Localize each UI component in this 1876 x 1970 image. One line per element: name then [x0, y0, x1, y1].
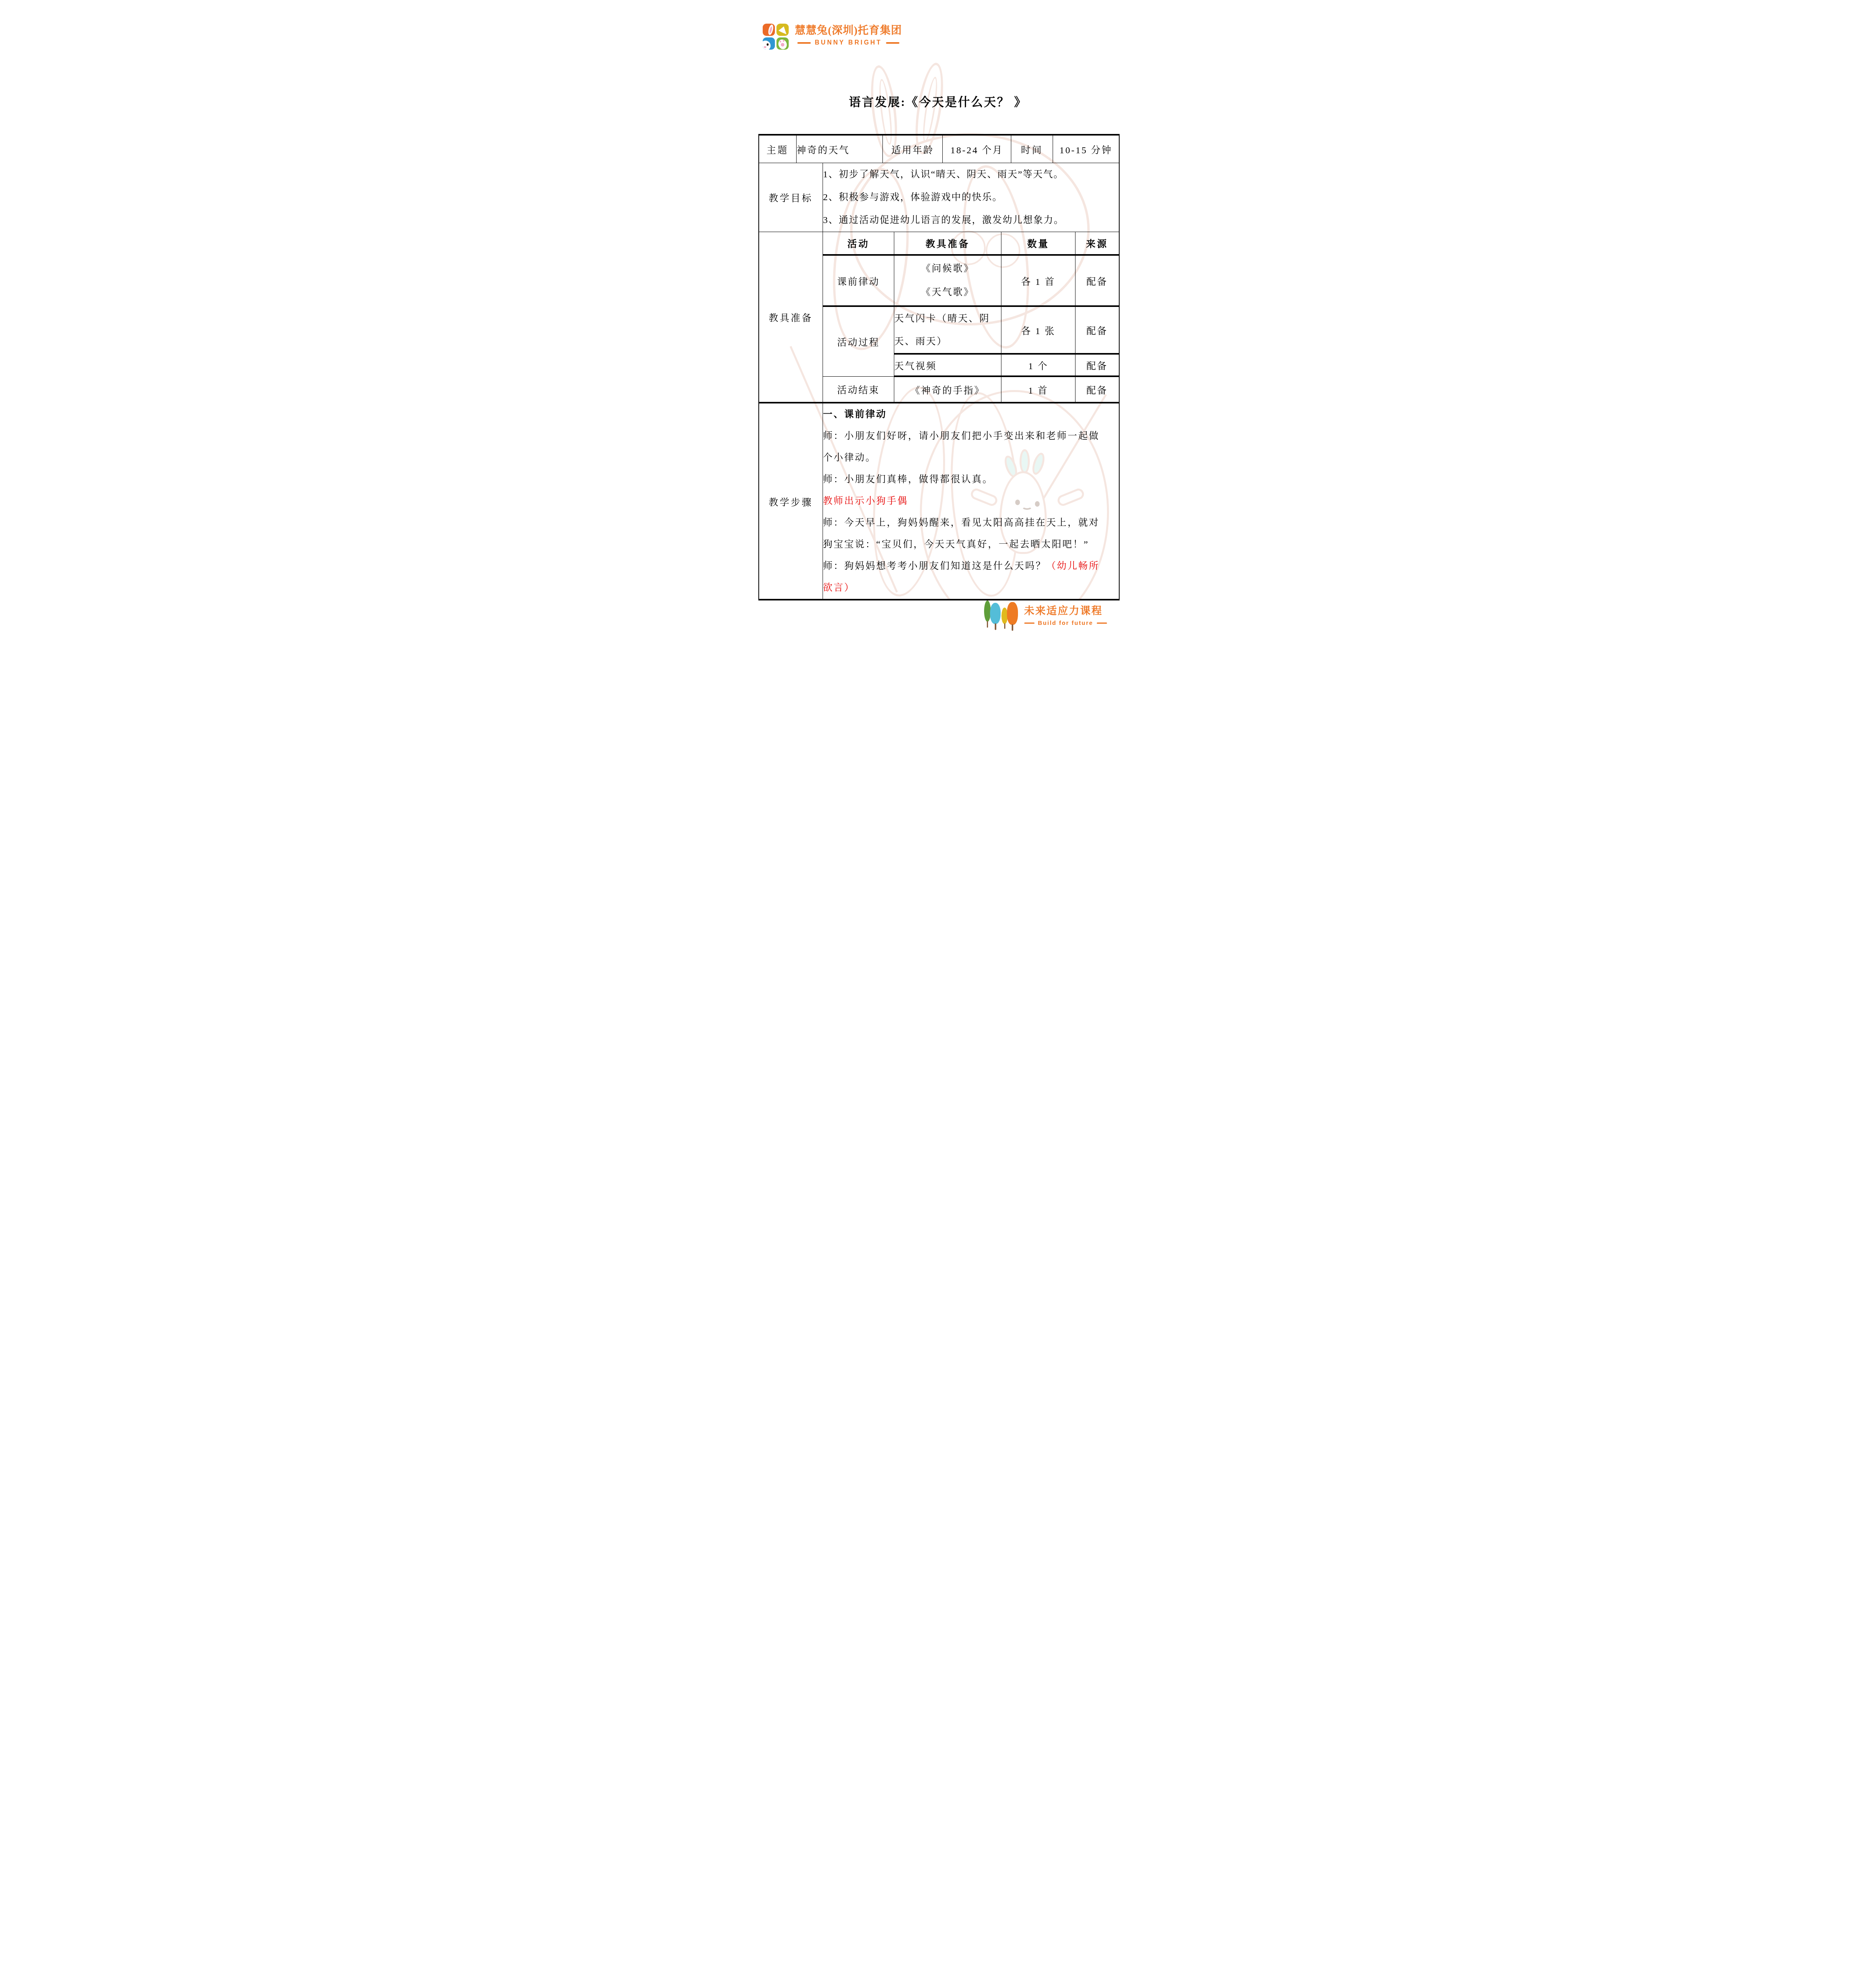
logo-tile-orange-ear-icon [763, 24, 775, 36]
tree-trunk-icon [1012, 624, 1013, 631]
steps-text-line: 狗宝宝说：“宝贝们，今天天气真好，一起去晒太阳吧！” [823, 534, 1119, 556]
theme-value: 神奇的天气 [797, 135, 883, 163]
age-label: 适用年龄 [883, 135, 943, 163]
footer-name-en: Build for future [1038, 620, 1093, 626]
brand-name-cn: 慧慧兔(深圳)托育集团 [795, 24, 902, 37]
age-value: 18-24 个月 [943, 135, 1011, 163]
steps-text-line: 师：今天早上，狗妈妈醒来，看见太阳高高挂在天上，就对 [823, 512, 1119, 534]
steps-text-red: （幼儿畅所 [1046, 561, 1100, 571]
aids-source-cell: 配备 [1075, 376, 1119, 403]
aids-qty-cell: 各 1 首 [1001, 255, 1075, 306]
dash-line [797, 42, 811, 44]
footer-subtitle-row: Build for future [1024, 620, 1107, 626]
tree-trunk-icon [1004, 623, 1005, 629]
aids-header-source: 来源 [1075, 232, 1119, 255]
aids-qty-cell: 1 个 [1001, 354, 1075, 376]
objective-item: 3、通过活动促进幼儿语言的发展，激发幼儿想象力。 [823, 209, 1119, 232]
steps-text: 师：小朋友们好呀，请小朋友们把小手变出来和老师一起做 [823, 431, 1100, 441]
steps-text-line: 欲言） [823, 577, 1119, 599]
steps-text-line: 教师出示小狗手偶 [823, 491, 1119, 512]
brand-text: 慧慧兔(深圳)托育集团 BUNNY BRIGHT [795, 24, 902, 46]
time-value: 10-15 分钟 [1053, 135, 1119, 163]
aids-item-line: 天、雨天） [894, 330, 1001, 353]
brand-logo: 慧慧兔(深圳)托育集团 BUNNY BRIGHT [763, 24, 902, 50]
objective-item: 2、积极参与游戏，体验游戏中的快乐。 [823, 186, 1119, 209]
dash-line [886, 42, 899, 44]
steps-text-red: 教师出示小狗手偶 [823, 496, 908, 506]
objectives-content: 1、初步了解天气，认识“晴天、阴天、雨天”等天气。 2、积极参与游戏，体验游戏中… [823, 163, 1119, 232]
aids-activity-cell: 课前律动 [823, 255, 894, 306]
objectives-label: 教学目标 [759, 163, 823, 232]
logo-tile-green-paw-icon [776, 37, 789, 50]
aids-items-cell: 天气闪卡（晴天、阴 天、雨天） [894, 306, 1001, 354]
aids-source-cell: 配备 [1075, 255, 1119, 306]
aids-qty-cell: 1 首 [1001, 376, 1075, 403]
brand-name-en: BUNNY BRIGHT [815, 39, 882, 46]
steps-text-line: 师：小朋友们真棒，做得都很认真。 [823, 469, 1119, 491]
info-row: 主题 神奇的天气 适用年龄 18-24 个月 时间 10-15 分钟 [759, 135, 1119, 163]
brand-subtitle-row: BUNNY BRIGHT [795, 39, 902, 46]
tree-orange-icon [1007, 602, 1018, 625]
steps-label: 教学步骤 [759, 403, 823, 600]
aids-activity-cell: 活动结束 [823, 376, 894, 403]
steps-text-red: 欲言） [823, 583, 855, 593]
tree-green-icon [984, 600, 991, 622]
tree-blue-icon [990, 603, 1001, 624]
steps-text: 师：今天早上，狗妈妈醒来，看见太阳高高挂在天上，就对 [823, 518, 1100, 528]
steps-text-line: 一、课前律动 [823, 404, 1119, 426]
document-page: 慧慧兔(深圳)托育集团 BUNNY BRIGHT 语言发展:《今天是什么天？ 》… [704, 0, 1173, 663]
objectives-row: 教学目标 1、初步了解天气，认识“晴天、阴天、雨天”等天气。 2、积极参与游戏，… [759, 163, 1119, 232]
dash-line [1097, 623, 1107, 624]
steps-content: 一、课前律动师：小朋友们好呀，请小朋友们把小手变出来和老师一起做个小律动。师：小… [823, 403, 1119, 600]
aids-activity-cell: 活动过程 [823, 306, 894, 376]
aids-source-cell: 配备 [1075, 306, 1119, 354]
steps-text-line: 师：狗妈妈想考考小朋友们知道这是什么天吗？（幼儿畅所 [823, 556, 1119, 577]
steps-text: 个小律动。 [823, 453, 876, 463]
steps-row: 教学步骤 一、课前律动师：小朋友们好呀，请小朋友们把小手变出来和老师一起做个小律… [759, 403, 1119, 600]
steps-text-line: 个小律动。 [823, 447, 1119, 469]
steps-text-line: 师：小朋友们好呀，请小朋友们把小手变出来和老师一起做 [823, 426, 1119, 447]
aids-item-line: 《问候歌》 [894, 257, 1001, 281]
trees-icon [984, 599, 1020, 634]
objective-item: 1、初步了解天气，认识“晴天、阴天、雨天”等天气。 [823, 163, 1119, 186]
lesson-plan-table: 主题 神奇的天气 适用年龄 18-24 个月 时间 10-15 分钟 教学目标 … [758, 134, 1120, 600]
footer-text: 未来适应力课程 Build for future [1024, 599, 1107, 638]
aids-label: 教具准备 [759, 232, 823, 403]
steps-text: 师：小朋友们真棒，做得都很认真。 [823, 474, 993, 485]
aids-source-cell: 配备 [1075, 354, 1119, 376]
aids-items-cell: 天气视频 [894, 354, 1001, 376]
page-title: 语言发展:《今天是什么天？ 》 [704, 92, 1173, 110]
aids-header-row: 教具准备 活动 教具准备 数量 来源 [759, 232, 1119, 255]
footer-logo: 未来适应力课程 Build for future [984, 599, 1120, 638]
aids-header-items: 教具准备 [894, 232, 1001, 255]
dash-line [1024, 623, 1035, 624]
aids-items-cell: 《问候歌》 《天气歌》 [894, 255, 1001, 306]
tree-trunk-icon [987, 621, 988, 628]
bunny-bright-logo-icon [763, 24, 789, 50]
steps-text: 一、课前律动 [823, 409, 887, 420]
tree-trunk-icon [995, 623, 996, 630]
aids-header-qty: 数量 [1001, 232, 1075, 255]
aids-qty-cell: 各 1 张 [1001, 306, 1075, 354]
time-label: 时间 [1011, 135, 1053, 163]
aids-item-line: 《天气歌》 [894, 281, 1001, 304]
aids-items-cell: 《神奇的手指》 [894, 376, 1001, 403]
steps-text: 狗宝宝说：“宝贝们，今天天气真好，一起去晒太阳吧！” [823, 539, 1089, 550]
footer-name-cn: 未来适应力课程 [1024, 604, 1107, 618]
steps-text: 师：狗妈妈想考考小朋友们知道这是什么天吗？ [823, 561, 1046, 571]
aids-item-line: 天气闪卡（晴天、阴 [894, 307, 1001, 330]
logo-tile-blue-face-icon [763, 37, 775, 50]
logo-tile-yellow-ear-icon [776, 24, 789, 36]
aids-header-activity: 活动 [823, 232, 894, 255]
theme-label: 主题 [759, 135, 797, 163]
